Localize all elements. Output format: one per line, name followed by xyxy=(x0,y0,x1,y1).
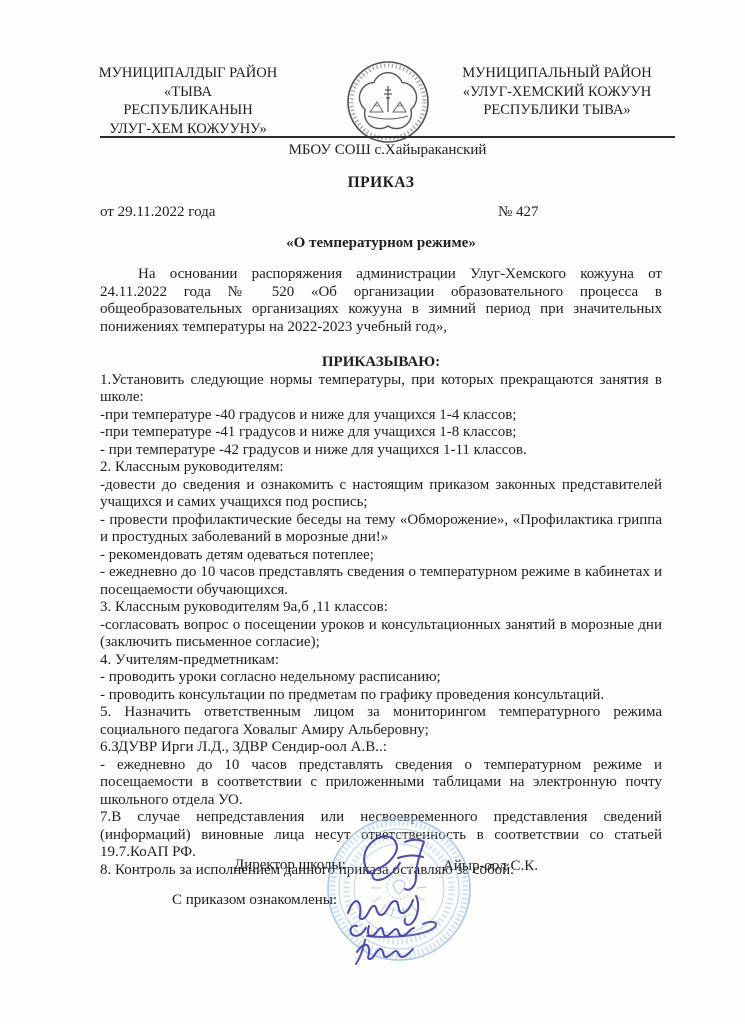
order-item: - при температуре -42 градусов и ниже дл… xyxy=(100,442,662,460)
scanned-order-document: МУНИЦИПАЛДЫГ РАЙОН «ТЫВА РЕСПУБЛИКАНЫН У… xyxy=(0,0,745,1024)
intro-paragraph: На основании распоряжения администрации … xyxy=(100,266,662,336)
order-item: - ежедневно до 10 часов представлять све… xyxy=(100,757,662,810)
resolution-heading: ПРИКАЗЫВАЮ: xyxy=(100,354,662,372)
order-item: -согласовать вопрос о посещении уроков и… xyxy=(100,617,662,652)
org-name-russian-line2: «УЛУГ-ХЕМСКИЙ КОЖУУН xyxy=(448,83,666,102)
order-item: 6.ЗДУВР Ирги Л.Д., ЗДВР Сендир-оол А.В..… xyxy=(100,739,662,757)
org-name-russian: МУНИЦИПАЛЬНЫЙ РАЙОН «УЛУГ-ХЕМСКИЙ КОЖУУН… xyxy=(448,64,666,120)
order-item: 2. Классным руководителям: xyxy=(100,459,662,477)
order-item: -довести до сведения и ознакомить с наст… xyxy=(100,477,662,512)
order-subject: «О температурном режиме» xyxy=(100,235,662,252)
order-item: - проводить консультации по предметам по… xyxy=(100,687,662,705)
document-title: ПРИКАЗ xyxy=(100,174,662,192)
director-label: Директор школы: xyxy=(234,857,346,874)
order-item: - рекомендовать детям одеваться потеплее… xyxy=(100,547,662,565)
org-name-tuvan-line2: «ТЫВА РЕСПУБЛИКАНЫН xyxy=(98,83,278,120)
order-item: - ежедневно до 10 часов представлять све… xyxy=(100,564,662,599)
order-item: 5. Назначить ответственным лицом за мони… xyxy=(100,704,662,739)
org-name-tuvan: МУНИЦИПАЛДЫГ РАЙОН «ТЫВА РЕСПУБЛИКАНЫН У… xyxy=(98,64,278,139)
org-name-russian-line1: МУНИЦИПАЛЬНЫЙ РАЙОН xyxy=(448,64,666,83)
order-date: от 29.11.2022 года xyxy=(100,204,215,220)
order-item: -при температуре -40 градусов и ниже для… xyxy=(100,407,662,425)
order-body: На основании распоряжения администрации … xyxy=(100,266,662,879)
acknowledged-label: С приказом ознакомлены: xyxy=(172,892,337,909)
school-name: МБОУ СОШ с.Хайыраканский xyxy=(100,142,675,159)
date-number-row: от 29.11.2022 года № 427 xyxy=(100,204,662,221)
org-name-tuvan-line1: МУНИЦИПАЛДЫГ РАЙОН xyxy=(98,64,278,83)
order-item: 1.Установить следующие нормы температуры… xyxy=(100,372,662,407)
order-item: -при температуре -41 градусов и ниже для… xyxy=(100,424,662,442)
order-item: 7.В случае непредставления или несвоевре… xyxy=(100,809,662,862)
order-item: 4. Учителям-предметникам: xyxy=(100,652,662,670)
director-name: Айыр-оол С.К. xyxy=(443,858,538,875)
order-item: - провести профилактические беседы на те… xyxy=(100,512,662,547)
order-number: № 427 xyxy=(498,204,539,221)
order-item: 8. Контроль за исполнением данного прика… xyxy=(100,862,662,880)
coat-of-arms-icon xyxy=(344,60,432,146)
order-item: 3. Классным руководителям 9а,б ,11 класс… xyxy=(100,599,662,617)
header-divider xyxy=(100,136,675,138)
order-item: - проводить уроки согласно недельному ра… xyxy=(100,669,662,687)
org-name-russian-line3: РЕСПУБЛИКИ ТЫВА» xyxy=(448,101,666,120)
